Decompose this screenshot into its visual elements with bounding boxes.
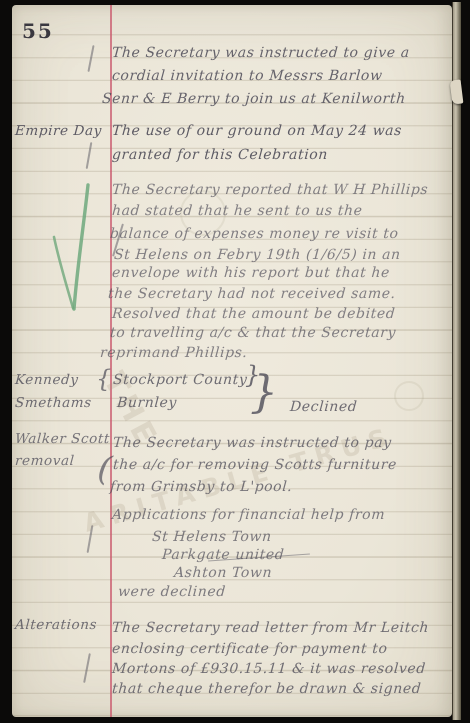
minute-text-line: were declined	[117, 582, 226, 602]
minute-text-line: The Secretary was instructed to give a	[111, 43, 410, 63]
margin-heading-empire-day: Empire Day	[14, 121, 102, 141]
club-name-line: Burnley	[116, 393, 177, 413]
scanned-minute-book-photo: 55 THE ARITABLE TRUS The Secretary was i…	[0, 0, 470, 723]
margin-heading-smethams: Smethams	[14, 393, 92, 413]
page-number: 55	[22, 19, 54, 43]
pen-tick-mark	[87, 525, 93, 553]
minute-text-line: the Secretary had not received same.	[107, 284, 396, 304]
margin-brace: {	[96, 365, 111, 393]
minute-text-line: Senr & E Berry to join us at Kenilworth	[101, 89, 406, 109]
decision-declined: Declined	[289, 397, 358, 417]
margin-heading-alterations: Alterations	[14, 615, 97, 635]
minute-text-line: The Secretary was instructed to pay	[112, 433, 392, 453]
minute-text-line: The Secretary read letter from Mr Leitch	[111, 618, 429, 638]
margin-heading-removal: removal	[14, 451, 75, 471]
minute-text-line: Mortons of £930.15.11 & it was resolved	[111, 659, 426, 679]
minute-text-line: cordial invitation to Messrs Barlow	[111, 66, 383, 86]
minute-text-line: The Secretary reported that W H Phillips	[111, 180, 429, 200]
pen-tick-mark	[86, 142, 92, 169]
green-check-mark	[46, 181, 94, 317]
minute-text-line: The use of our ground on May 24 was	[111, 121, 402, 141]
grouping-brace: }	[250, 367, 278, 418]
applicant-club-line: Parkgate united	[161, 545, 285, 565]
minute-text-line: enclosing certificate for payment to	[111, 639, 388, 659]
minute-text-line: St Helens on Febry 19th (1/6/5) in an	[113, 245, 401, 265]
page-curl	[450, 79, 464, 104]
margin-heading-walker-scott: Walker Scott	[14, 429, 110, 449]
minute-text-line: granted for this Celebration	[111, 145, 328, 165]
margin-heading-kennedy: Kennedy	[14, 370, 79, 390]
minute-text-line: had stated that he sent to us the	[111, 201, 363, 221]
minute-text-line: from Grimsby to L'pool.	[109, 477, 293, 497]
minute-text-line: envelope with his report but that he	[111, 263, 390, 283]
minute-text-line: that cheque therefor be drawn & signed	[111, 679, 422, 699]
minute-text-line: Applications for financial help from	[111, 505, 386, 525]
club-name-line: Stockport County	[112, 370, 248, 390]
minute-text-line: balance of expenses money re visit to	[109, 224, 399, 244]
adjacent-page-edge	[452, 2, 461, 720]
minute-book-page: 55 THE ARITABLE TRUS The Secretary was i…	[12, 5, 452, 717]
minute-text-line: reprimand Phillips.	[99, 343, 248, 363]
embossed-stamp-ring-small	[394, 381, 424, 411]
minute-text-line: the a/c for removing Scotts furniture	[112, 455, 397, 475]
applicant-club-line: St Helens Town	[151, 527, 272, 547]
minute-text-line: Resolved that the amount be debited	[111, 304, 396, 324]
applicant-club-line: Ashton Town	[173, 563, 273, 583]
pen-tick-mark	[83, 653, 90, 683]
minute-text-line: to travelling a/c & that the Secretary	[109, 323, 396, 343]
pen-tick-mark	[87, 45, 94, 72]
